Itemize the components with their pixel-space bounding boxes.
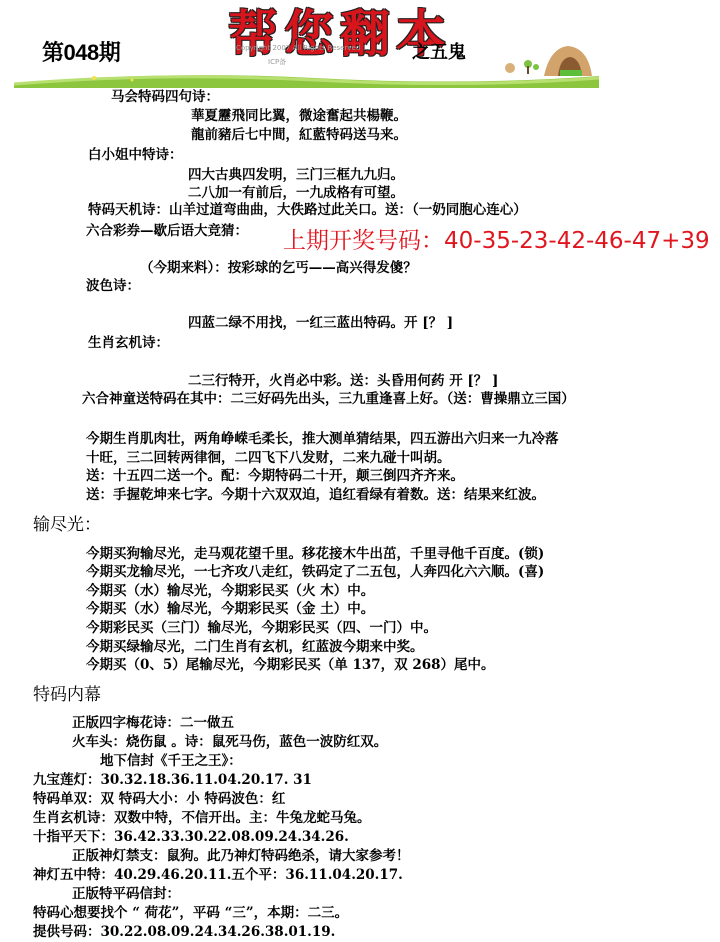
neimu-line-11: 特码心想要找个 “ 荷花”，平码 “三”，本期：二三。 [33, 904, 348, 922]
shengxiao-line: 二三行特开，火肖必中彩。送：头昏用何药 开 [？ ] [188, 372, 498, 390]
shujinguang-line-2: 今期买龙输尽光，一七齐攻八走红，铁码定了二五包，人奔四化六六顺。(喜) [86, 563, 544, 581]
neimu-line-10: 正版特平码信封： [72, 885, 180, 903]
neimu-line-9: 神灯五中特：40.29.46.20.11.五个平：36.11.04.20.17. [33, 866, 403, 884]
mahui-line-1: 華夏靂飛同比翼，微途奮起共楊鞭。 [191, 107, 407, 125]
shujinguang-line-4: 今期买（水）输尽光，今期彩民买（金 土）中。 [86, 600, 374, 618]
latest-result-numbers: 40-35-23-42-46-47+39 [444, 228, 710, 254]
neimu-line-2: 火车头：烧伤鼠 。诗：鼠死马伤，蓝色一波防红双。 [72, 733, 387, 751]
mahui-heading: 马会特码四句诗： [111, 88, 219, 106]
bai-heading: 白小姐中特诗： [88, 146, 183, 164]
shentong-line: 六合神童送特码在其中：二三好码先出头，三九重逢喜上好。（送：曹操鼎立三国） [82, 390, 575, 408]
fine-print-copyright: Copyright 2007 All Rights Reserved [236, 44, 360, 52]
latest-result-label: 上期开奖号码： [283, 228, 444, 254]
header-banner: 第048期 帮您翻本 之五鬼 Copyright 2007 All Rights… [0, 0, 720, 90]
bai-line-2: 二八加一有前后，一九成格有可望。 [188, 184, 404, 202]
shujinguang-line-1: 今期买狗输尽光，走马观花望千里。移花接木牛出茁，千里寻他千百度。(锁) [86, 545, 544, 563]
fine-print-icp: ICP备 [268, 57, 286, 67]
neimu-line-6: 生肖玄机诗：双数中特，不信开出。主：牛兔龙蛇马兔。 [33, 809, 371, 827]
shujinguang-line-6: 今期买绿输尽光，二门生肖有玄机，红蓝波今期来中奖。 [86, 638, 424, 656]
bose-heading: 波色诗： [86, 277, 140, 295]
neimu-heading: 特码内幕 [33, 685, 101, 705]
neimu-line-5: 特码单双：双 特码大小：小 特码波色：红 [33, 790, 285, 808]
bai-line-1: 四大古典四发明，三门三框九九归。 [188, 166, 404, 184]
hut-illustration [500, 42, 595, 78]
shujinguang-line-7: 今期买（0、5）尾输尽光，今期彩民买（单 137，双 268）尾中。 [86, 656, 495, 674]
neimu-line-8: 正版神灯禁支：鼠狗。此乃神灯特码绝杀，请大家参考！ [72, 847, 410, 865]
page-subtitle: 之五鬼 [412, 38, 466, 64]
bose-line: 四蓝二绿不用找，一红三蓝出特码。开 [？ ] [188, 314, 453, 332]
paragraph-line-1: 今期生肖肌肉壮，两角峥嵘毛柔长，推大测单猜结果，四五游出六归来一九冷落 [86, 430, 559, 448]
paragraph-line-2: 十旺，三二回转两律徊，二四飞下八发财，二来九碰十叫胡。 [86, 449, 451, 467]
shujinguang-line-5: 今期彩民买（三门）输尽光，今期彩民买（四、一门）中。 [86, 619, 437, 637]
shujinguang-line-3: 今期买（水）输尽光，今期彩民买（火 木）中。 [86, 582, 374, 600]
shujinguang-heading: 输尽光： [33, 515, 101, 535]
xiehouyu-heading: 六合彩券—歇后语大竞猜： [86, 222, 248, 240]
shengxiao-heading: 生肖玄机诗： [88, 334, 169, 352]
latest-result: 上期开奖号码：40-35-23-42-46-47+39 [283, 222, 710, 255]
neimu-line-12: 提供号码：30.22.08.09.24.34.26.38.01.19. [33, 923, 335, 941]
paragraph-line-4: 送：手握乾坤来七字。今期十六双双迫，追红看绿有着数。送：结果来红波。 [86, 486, 545, 504]
neimu-line-7: 十指平天下：36.42.33.30.22.08.09.24.34.26. [33, 828, 349, 846]
issue-number: 第048期 [42, 36, 120, 67]
tianji-line: 特码天机诗：山羊过道弯曲曲，大佚路过此关口。送：（一奶同胞心连心） [88, 201, 527, 219]
neimu-line-4: 九宝莲灯：30.32.18.36.11.04.20.17. 31 [33, 771, 312, 789]
mahui-line-2: 龍前豬后七中間，紅藍特码送马来。 [191, 126, 407, 144]
paragraph-line-3: 送：十五四二送一个。配：今期特码二十开，颠三倒四齐齐来。 [86, 467, 464, 485]
xiehouyu-line: （今期来料）：按彩球的乞丐——高兴得发傻？ [140, 259, 417, 277]
neimu-line-3: 地下信封《千王之王》： [100, 752, 242, 770]
neimu-line-1: 正版四字梅花诗：二一做五 [72, 714, 234, 732]
